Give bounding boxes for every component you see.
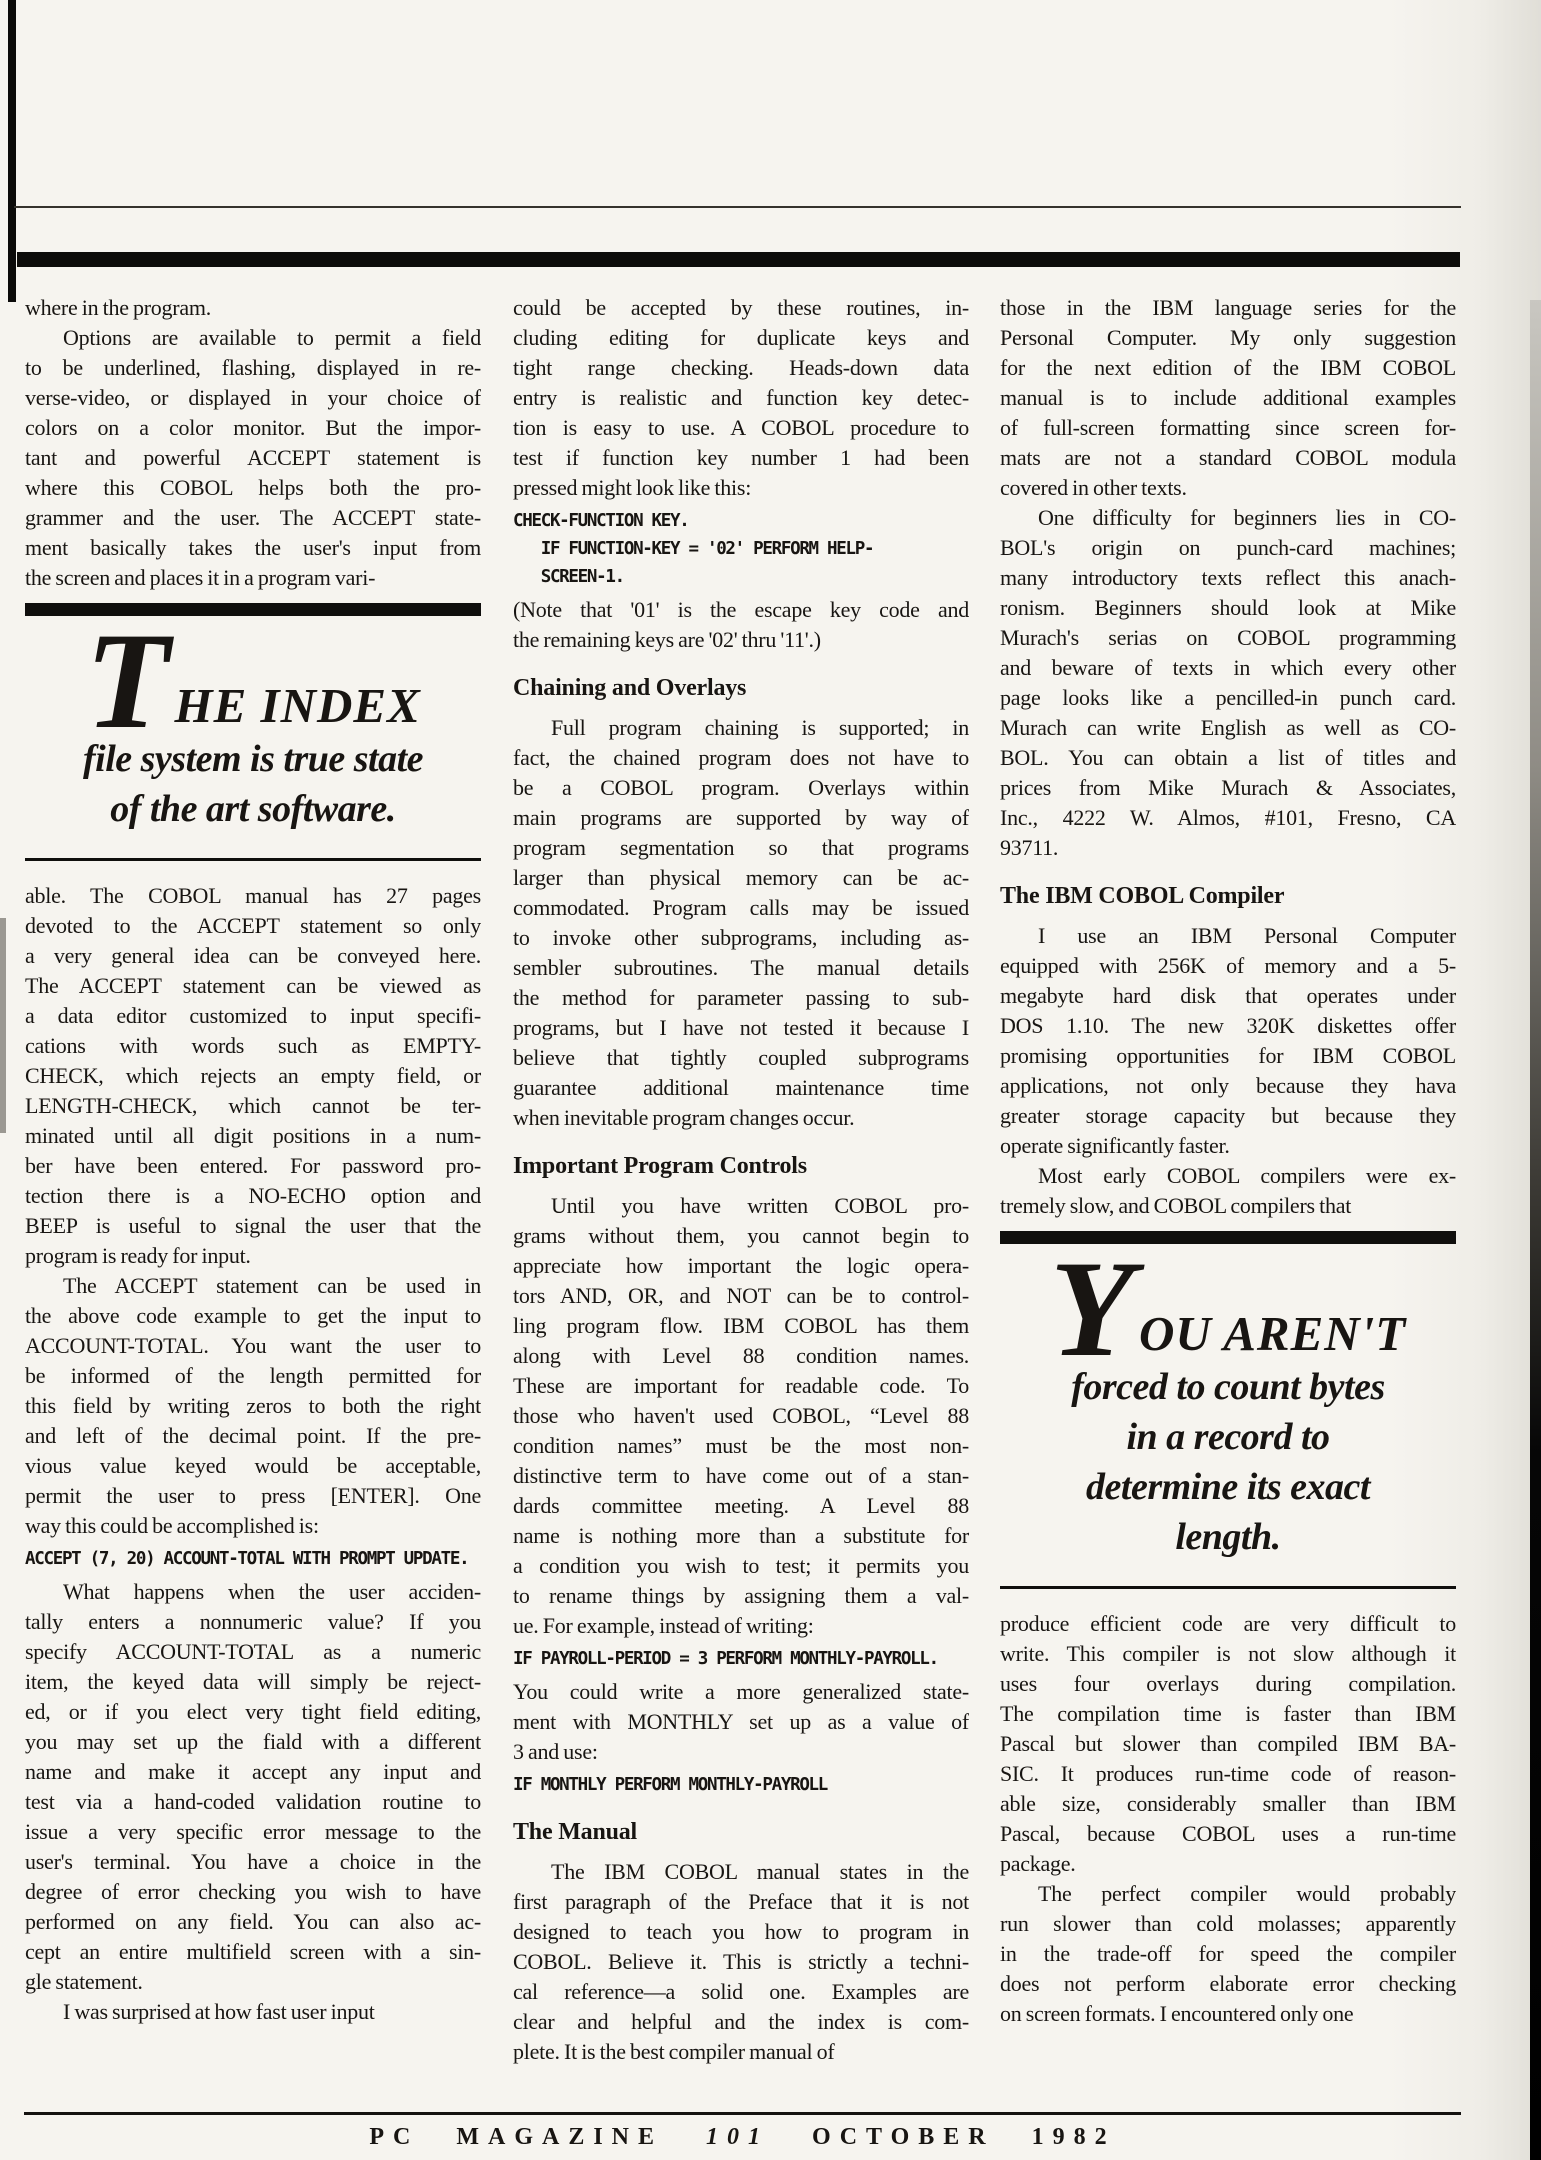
body-line: those who haven't used COBOL, “Level 88	[513, 1401, 969, 1431]
footer: PC MAGAZINE 101 OCTOBER 1982	[24, 2124, 1461, 2151]
body-line: tremely slow, and COBOL compilers that	[1000, 1191, 1456, 1221]
body-paragraph: What happens when the user acciden-tally…	[25, 1577, 481, 1997]
body-line: grams without them, you cannot begin to	[513, 1221, 969, 1251]
body-line: cluding editing for duplicate keys and	[513, 323, 969, 353]
section-heading: The Manual	[513, 1816, 969, 1848]
body-paragraph: The perfect compiler would probablyrun s…	[1000, 1879, 1456, 2029]
body-line: permit the user to press [ENTER]. One	[25, 1481, 481, 1511]
footer-rule	[24, 2112, 1461, 2115]
body-line: 93711.	[1000, 833, 1456, 863]
body-line: the method for parameter passing to sub-	[513, 983, 969, 1013]
body-line: to invoke other subprograms, including a…	[513, 923, 969, 953]
body-line: vious value keyed would be acceptable,	[25, 1451, 481, 1481]
body-line: applications, not only because they hava	[1000, 1071, 1456, 1101]
body-line: operate significantly faster.	[1000, 1131, 1456, 1161]
code-line: ACCEPT (7, 20) ACCOUNT-TOTAL WITH PROMPT…	[25, 1545, 481, 1573]
body-line: to be underlined, flashing, displayed in…	[25, 353, 481, 383]
body-line: colors on a color monitor. But the impor…	[25, 413, 481, 443]
body-line: 3 and use:	[513, 1737, 969, 1767]
body-line: cal reference—a solid one. Examples are	[513, 1977, 969, 2007]
body-line: megabyte hard disk that operates under	[1000, 981, 1456, 1011]
body-paragraph: You could write a more generalized state…	[513, 1677, 969, 1767]
body-line: programs, but I have not tested it becau…	[513, 1013, 969, 1043]
body-paragraph: I was surprised at how fast user input	[25, 1997, 481, 2027]
body-line: LENGTH-CHECK, which cannot be ter-	[25, 1091, 481, 1121]
body-line: name and make it accept any input and	[25, 1757, 481, 1787]
pullquote-text-line: of the art software.	[29, 784, 477, 834]
body-line: The perfect compiler would probably	[1000, 1879, 1456, 1909]
body-line: equipped with 256K of memory and a 5-	[1000, 951, 1456, 981]
body-line: be a COBOL program. Overlays within	[513, 773, 969, 803]
body-paragraph: One difficulty for beginners lies in CO-…	[1000, 503, 1456, 863]
body-paragraph: I use an IBM Personal Computerequipped w…	[1000, 921, 1456, 1161]
body-line: Murach can write English as well as CO-	[1000, 713, 1456, 743]
body-line: performed on any field. You can also ac-	[25, 1907, 481, 1937]
body-line: could be accepted by these routines, in-	[513, 293, 969, 323]
body-line: and beware of texts in which every other	[1000, 653, 1456, 683]
code-line: IF MONTHLY PERFORM MONTHLY-PAYROLL	[513, 1771, 969, 1799]
right-edge-shadow	[1530, 300, 1541, 2160]
body-line: mats are not a standard COBOL modula	[1000, 443, 1456, 473]
body-line: promising opportunities for IBM COBOL	[1000, 1041, 1456, 1071]
body-line: run slower than cold molasses; apparentl…	[1000, 1909, 1456, 1939]
body-line: One difficulty for beginners lies in CO-	[1000, 503, 1456, 533]
pullquote-text-line: length.	[1004, 1512, 1452, 1562]
body-line: guarantee additional maintenance time	[513, 1073, 969, 1103]
footer-page-number: 101	[706, 2124, 769, 2150]
body-line: way this could be accomplished is:	[25, 1511, 481, 1541]
body-line: tally enters a nonnumeric value? If you	[25, 1607, 481, 1637]
body-line: where in the program.	[25, 293, 481, 323]
body-line: Most early COBOL compilers were ex-	[1000, 1161, 1456, 1191]
body-line: ronism. Beginners should look at Mike	[1000, 593, 1456, 623]
body-line: uses four overlays during compilation.	[1000, 1669, 1456, 1699]
body-line: You could write a more generalized state…	[513, 1677, 969, 1707]
body-line: degree of error checking you wish to hav…	[25, 1877, 481, 1907]
body-line: manual is to include additional examples	[1000, 383, 1456, 413]
body-line: SIC. It produces run-time code of reason…	[1000, 1759, 1456, 1789]
body-line: fact, the chained program does not have …	[513, 743, 969, 773]
body-line: tors AND, OR, and NOT can be to control-	[513, 1281, 969, 1311]
body-line: program segmentation so that programs	[513, 833, 969, 863]
body-line: designed to teach you how to program in	[513, 1917, 969, 1947]
body-line: believe that tightly coupled subprograms	[513, 1043, 969, 1073]
footer-date: OCTOBER 1982	[812, 2124, 1116, 2150]
body-line: issue a very specific error message to t…	[25, 1817, 481, 1847]
body-line: many introductory texts reflect this ana…	[1000, 563, 1456, 593]
body-line: ed, or if you elect very tight field edi…	[25, 1697, 481, 1727]
body-line: cept an entire multifield screen with a …	[25, 1937, 481, 1967]
footer-magazine-name: PC MAGAZINE	[369, 2124, 663, 2150]
body-line: produce efficient code are very difficul…	[1000, 1609, 1456, 1639]
top-thin-rule	[14, 206, 1461, 208]
body-line: main programs are supported by way of	[513, 803, 969, 833]
body-line: ber have been entered. For password pro-	[25, 1151, 481, 1181]
body-line: DOS 1.10. The new 320K diskettes offer	[1000, 1011, 1456, 1041]
code-block: IF MONTHLY PERFORM MONTHLY-PAYROLL	[513, 1771, 969, 1799]
body-line: test via a hand-coded validation routine…	[25, 1787, 481, 1817]
body-line: and left of the decimal point. If the pr…	[25, 1421, 481, 1451]
body-line: What happens when the user acciden-	[25, 1577, 481, 1607]
body-line: grammer and the user. The ACCEPT state-	[25, 503, 481, 533]
body-line: program is ready for input.	[25, 1241, 481, 1271]
code-block: CHECK-FUNCTION KEY. IF FUNCTION-KEY = '0…	[513, 507, 969, 591]
body-line: write. This compiler is not slow althoug…	[1000, 1639, 1456, 1669]
body-line: clear and helpful and the index is com-	[513, 2007, 969, 2037]
body-line: ling program flow. IBM COBOL has them	[513, 1311, 969, 1341]
pullquote-dropcap: Y	[1050, 1259, 1134, 1358]
body-line: page looks like a pencilled-in punch car…	[1000, 683, 1456, 713]
pullquote-first-line: THE INDEX	[29, 626, 477, 734]
code-block: ACCEPT (7, 20) ACCOUNT-TOTAL WITH PROMPT…	[25, 1545, 481, 1573]
body-line: minated until all digit positions in a n…	[25, 1121, 481, 1151]
body-line: sembler subroutines. The manual details	[513, 953, 969, 983]
body-line: name is nothing more than a substitute f…	[513, 1521, 969, 1551]
code-line: IF FUNCTION-KEY = '02' PERFORM HELP-	[513, 535, 969, 563]
body-line: able size, considerably smaller than IBM	[1000, 1789, 1456, 1819]
code-line: CHECK-FUNCTION KEY.	[513, 507, 969, 535]
body-line: Personal Computer. My only suggestion	[1000, 323, 1456, 353]
body-line: The compilation time is faster than IBM	[1000, 1699, 1456, 1729]
body-line: along with Level 88 condition names.	[513, 1341, 969, 1371]
body-paragraph: Most early COBOL compilers were ex-treme…	[1000, 1161, 1456, 1221]
body-line: able. The COBOL manual has 27 pages	[25, 881, 481, 911]
code-line: IF PAYROLL-PERIOD = 3 PERFORM MONTHLY-PA…	[513, 1645, 969, 1673]
body-line: The IBM COBOL manual states in the	[513, 1857, 969, 1887]
body-line: on screen formats. I encountered only on…	[1000, 1999, 1456, 2029]
code-line: SCREEN-1.	[513, 563, 969, 591]
body-line: CHECK, which rejects an empty field, or	[25, 1061, 481, 1091]
body-paragraph: Options are available to permit a fieldt…	[25, 323, 481, 593]
body-line: commodated. Program calls may be issued	[513, 893, 969, 923]
body-line: I was surprised at how fast user input	[25, 1997, 481, 2027]
body-line: this field by writing zeros to both the …	[25, 1391, 481, 1421]
body-paragraph: The ACCEPT statement can be used inthe a…	[25, 1271, 481, 1541]
body-line: tant and powerful ACCEPT statement is	[25, 443, 481, 473]
body-line: of full-screen formatting since screen f…	[1000, 413, 1456, 443]
body-line: Pascal but slower than compiled IBM BA-	[1000, 1729, 1456, 1759]
body-line: gle statement.	[25, 1967, 481, 1997]
body-line: distinctive term to have come out of a s…	[513, 1461, 969, 1491]
body-paragraph: (Note that '01' is the escape key code a…	[513, 595, 969, 655]
body-line: tection there is a NO-ECHO option and	[25, 1181, 481, 1211]
body-line: those in the IBM language series for the	[1000, 293, 1456, 323]
body-paragraph: produce efficient code are very difficul…	[1000, 1609, 1456, 1879]
section-heading: Chaining and Overlays	[513, 672, 969, 704]
body-line: These are important for readable code. T…	[513, 1371, 969, 1401]
body-line: a very general idea can be conveyed here…	[25, 941, 481, 971]
body-line: Murach's serias on COBOL programming	[1000, 623, 1456, 653]
body-paragraph: Until you have written COBOL pro-grams w…	[513, 1191, 969, 1641]
body-line: ment with MONTHLY set up as a value of	[513, 1707, 969, 1737]
body-line: specify ACCOUNT-TOTAL as a numeric	[25, 1637, 481, 1667]
body-paragraph: could be accepted by these routines, in-…	[513, 293, 969, 503]
top-thick-rule	[17, 252, 1460, 267]
body-line: I use an IBM Personal Computer	[1000, 921, 1456, 951]
body-paragraph: able. The COBOL manual has 27 pagesdevot…	[25, 881, 481, 1271]
body-line: covered in other texts.	[1000, 473, 1456, 503]
code-block: IF PAYROLL-PERIOD = 3 PERFORM MONTHLY-PA…	[513, 1645, 969, 1673]
body-line: a condition you wish to test; it permits…	[513, 1551, 969, 1581]
body-line: entry is realistic and function key dete…	[513, 383, 969, 413]
body-line: Options are available to permit a field	[25, 323, 481, 353]
body-line: appreciate how important the logic opera…	[513, 1251, 969, 1281]
left-edge-mark	[0, 918, 6, 1133]
body-line: COBOL. Believe it. This is strictly a te…	[513, 1947, 969, 1977]
pullquote-first-line: YOU AREN'T	[1004, 1254, 1452, 1362]
body-line: tion is easy to use. A COBOL procedure t…	[513, 413, 969, 443]
body-line: the remaining keys are '02' thru '11'.)	[513, 625, 969, 655]
body-line: user's terminal. You have a choice in th…	[25, 1847, 481, 1877]
pullquote-text-line: in a record to	[1004, 1412, 1452, 1462]
body-line: devoted to the ACCEPT statement so only	[25, 911, 481, 941]
body-line: dards committee meeting. A Level 88	[513, 1491, 969, 1521]
text-column-1: where in the program.Options are availab…	[25, 293, 481, 2027]
body-line: Pascal, because COBOL uses a run-time	[1000, 1819, 1456, 1849]
body-line: plete. It is the best compiler manual of	[513, 2037, 969, 2067]
body-line: Until you have written COBOL pro-	[513, 1191, 969, 1221]
body-line: where this COBOL helps both the pro-	[25, 473, 481, 503]
body-line: be informed of the length permitted for	[25, 1361, 481, 1391]
body-line: ment basically takes the user's input fr…	[25, 533, 481, 563]
body-line: in the trade-off for speed the compiler	[1000, 1939, 1456, 1969]
body-line: BOL's origin on punch-card machines;	[1000, 533, 1456, 563]
body-line: to rename things by assigning them a val…	[513, 1581, 969, 1611]
pullquote-dropcap: T	[85, 631, 169, 730]
body-line: test if function key number 1 had been	[513, 443, 969, 473]
pullquote-text-line: determine its exact	[1004, 1462, 1452, 1512]
body-line: Inc., 4222 W. Almos, #101, Fresno, CA	[1000, 803, 1456, 833]
body-line: when inevitable program changes occur.	[513, 1103, 969, 1133]
body-line: BEEP is useful to signal the user that t…	[25, 1211, 481, 1241]
section-heading: The IBM COBOL Compiler	[1000, 880, 1456, 912]
body-line: verse-video, or displayed in your choice…	[25, 383, 481, 413]
body-line: ue. For example, instead of writing:	[513, 1611, 969, 1641]
body-paragraph: Full program chaining is supported; infa…	[513, 713, 969, 1133]
pullquote: THE INDEXfile system is true stateof the…	[25, 603, 481, 861]
body-line: cations with words such as EMPTY-	[25, 1031, 481, 1061]
body-line: pressed might look like this:	[513, 473, 969, 503]
body-line: Full program chaining is supported; in	[513, 713, 969, 743]
text-column-3: those in the IBM language series for the…	[1000, 293, 1456, 2029]
body-line: first paragraph of the Preface that it i…	[513, 1887, 969, 1917]
body-line: The ACCEPT statement can be used in	[25, 1271, 481, 1301]
body-line: greater storage capacity but because the…	[1000, 1101, 1456, 1131]
body-line: the above code example to get the input …	[25, 1301, 481, 1331]
body-line: for the next edition of the IBM COBOL	[1000, 353, 1456, 383]
body-line: The ACCEPT statement can be viewed as	[25, 971, 481, 1001]
body-line: condition names” must be the most non-	[513, 1431, 969, 1461]
body-paragraph: where in the program.	[25, 293, 481, 323]
body-line: BOL. You can obtain a list of titles and	[1000, 743, 1456, 773]
body-line: does not perform elaborate error checkin…	[1000, 1969, 1456, 1999]
body-paragraph: those in the IBM language series for the…	[1000, 293, 1456, 503]
body-paragraph: The IBM COBOL manual states in thefirst …	[513, 1857, 969, 2067]
body-line: item, the keyed data will simply be reje…	[25, 1667, 481, 1697]
magazine-page-scan: where in the program.Options are availab…	[0, 0, 1541, 2160]
left-edge-bar	[8, 0, 16, 302]
pullquote: YOU AREN'Tforced to count bytesin a reco…	[1000, 1231, 1456, 1589]
text-column-2: could be accepted by these routines, in-…	[513, 293, 969, 2067]
body-line: larger than physical memory can be ac-	[513, 863, 969, 893]
body-line: package.	[1000, 1849, 1456, 1879]
body-line: the screen and places it in a program va…	[25, 563, 481, 593]
body-line: prices from Mike Murach & Associates,	[1000, 773, 1456, 803]
body-line: (Note that '01' is the escape key code a…	[513, 595, 969, 625]
pullquote-caps: OU AREN'T	[1139, 1305, 1406, 1362]
body-line: a data editor customized to input specif…	[25, 1001, 481, 1031]
body-line: you may set up the fiald with a differen…	[25, 1727, 481, 1757]
body-line: ACCOUNT-TOTAL. You want the user to	[25, 1331, 481, 1361]
section-heading: Important Program Controls	[513, 1150, 969, 1182]
body-line: tight range checking. Heads-down data	[513, 353, 969, 383]
pullquote-caps: HE INDEX	[175, 677, 421, 734]
